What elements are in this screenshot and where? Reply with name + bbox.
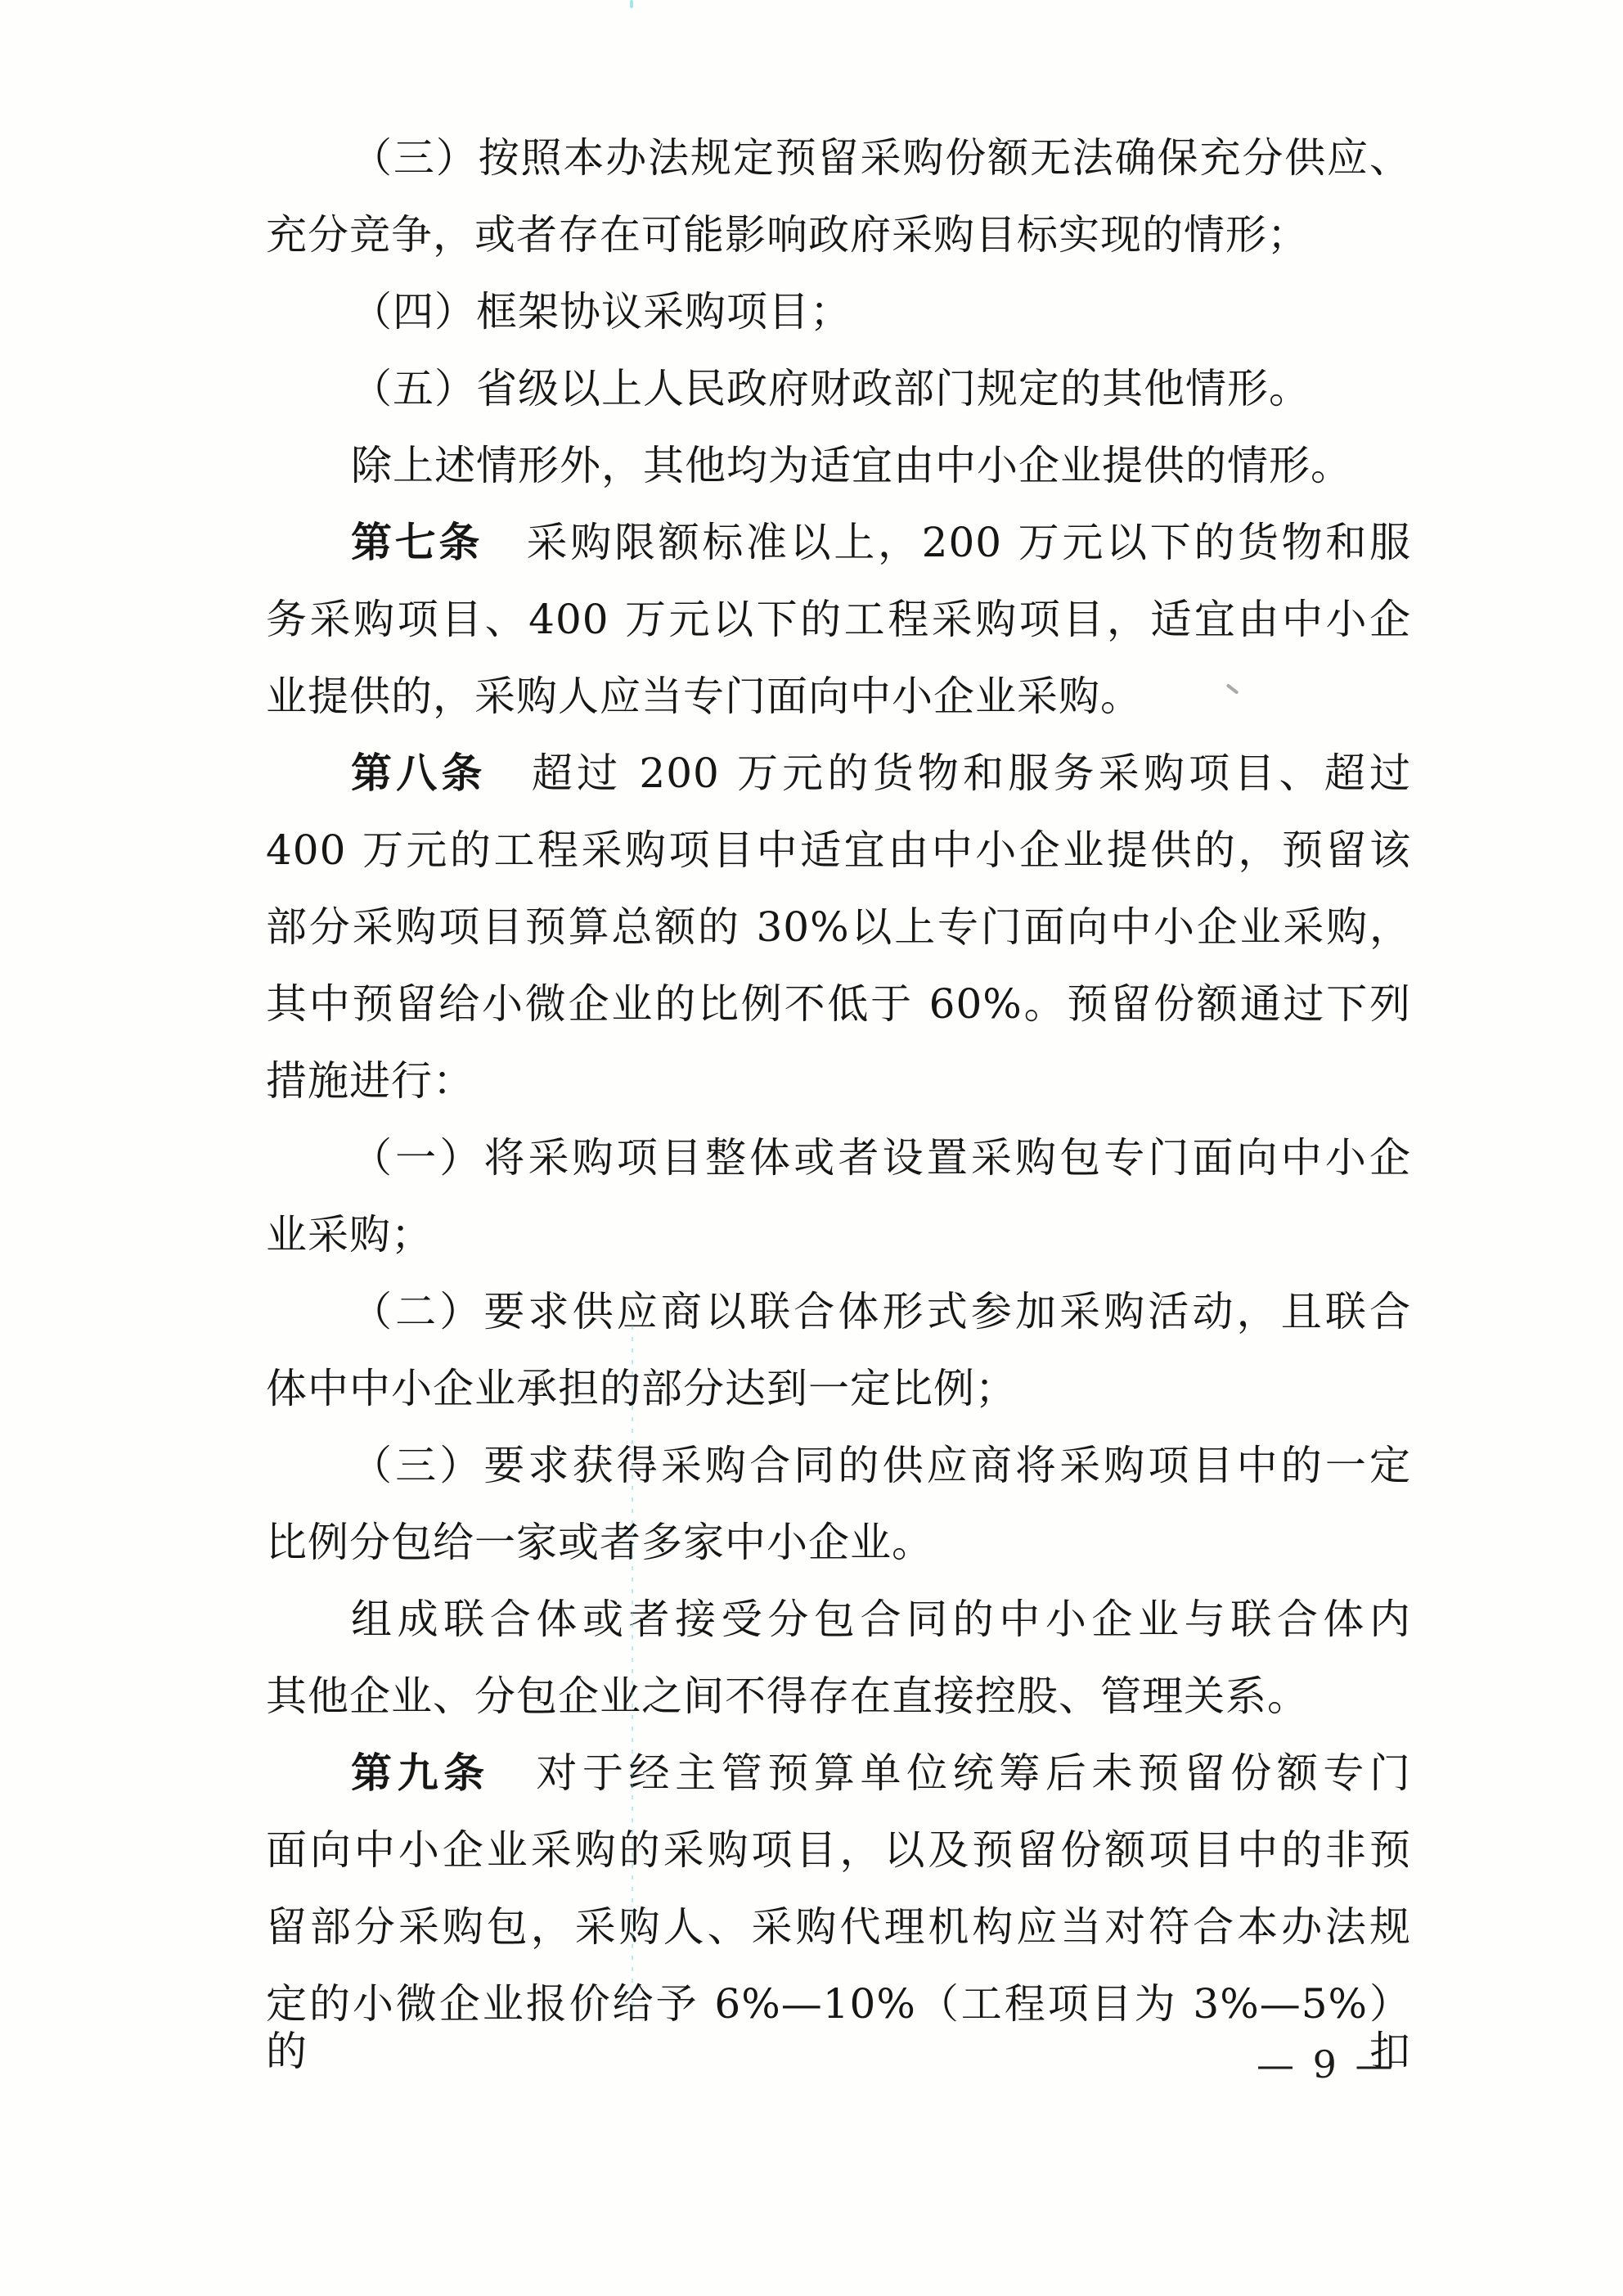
- text-line: 定的小微企业报价给予 6%—10%（工程项目为 3%—5%）的扣: [266, 1980, 1411, 2075]
- text-line: 第八条 超过 200 万元的货物和服务采购项目、超过: [266, 750, 1411, 797]
- scan-fold-mark-top: [630, 0, 633, 8]
- document-page: （三）按照本办法规定预留采购份额无法确保充分供应、充分竞争，或者存在可能影响政府…: [0, 0, 1623, 2296]
- scan-fold-line-artifact: [632, 1326, 633, 2021]
- text-line: 第七条 采购限额标准以上，200 万元以下的货物和服: [266, 519, 1411, 566]
- text-line: 其他企业、分包企业之间不得存在直接控股、管理关系。: [266, 1672, 1411, 1720]
- text-line: （五）省级以上人民政府财政部门规定的其他情形。: [266, 365, 1411, 412]
- text-line: 部分采购项目预算总额的 30%以上专门面向中小企业采购，: [266, 903, 1411, 951]
- article-number-bold: 第九条: [351, 1749, 490, 1797]
- text-line: （二）要求供应商以联合体形式参加采购活动，且联合: [266, 1288, 1411, 1335]
- text-line: 第九条 对于经主管预算单位统筹后未预留份额专门: [266, 1749, 1411, 1797]
- text-line: 务采购项目、400 万元以下的工程采购项目，适宜由中小企: [266, 596, 1411, 643]
- text-line: （四）框架协议采购项目；: [266, 288, 1411, 335]
- text-line: 面向中小企业采购的采购项目，以及预留份额项目中的非预: [266, 1826, 1411, 1874]
- text-line: （三）要求获得采购合同的供应商将采购项目中的一定: [266, 1442, 1411, 1489]
- text-line: 400 万元的工程采购项目中适宜由中小企业提供的，预留该: [266, 826, 1411, 874]
- text-line: 业提供的，采购人应当专门面向中小企业采购。: [266, 673, 1411, 720]
- text-line: 除上述情形外，其他均为适宜由中小企业提供的情形。: [266, 442, 1411, 489]
- text-line: 业采购；: [266, 1211, 1411, 1258]
- article-number-bold: 第七条: [351, 518, 483, 566]
- text-line: （三）按照本办法规定预留采购份额无法确保充分供应、: [266, 134, 1411, 182]
- text-line: 充分竞争，或者存在可能影响政府采购目标实现的情形；: [266, 211, 1411, 259]
- text-line: 组成联合体或者接受分包合同的中小企业与联合体内: [266, 1596, 1411, 1643]
- text-line: 留部分采购包，采购人、采购代理机构应当对符合本办法规: [266, 1903, 1411, 1951]
- page-number: — 9 —: [1257, 2042, 1396, 2087]
- text-line: 其中预留给小微企业的比例不低于 60%。预留份额通过下列: [266, 980, 1411, 1028]
- text-line: （一）将采购项目整体或者设置采购包专门面向中小企: [266, 1134, 1411, 1182]
- text-line: 措施进行：: [266, 1057, 1411, 1105]
- text-line: 体中中小企业承担的部分达到一定比例；: [266, 1365, 1411, 1412]
- article-number-bold: 第八条: [351, 749, 487, 797]
- text-line: 比例分包给一家或者多家中小企业。: [266, 1519, 1411, 1566]
